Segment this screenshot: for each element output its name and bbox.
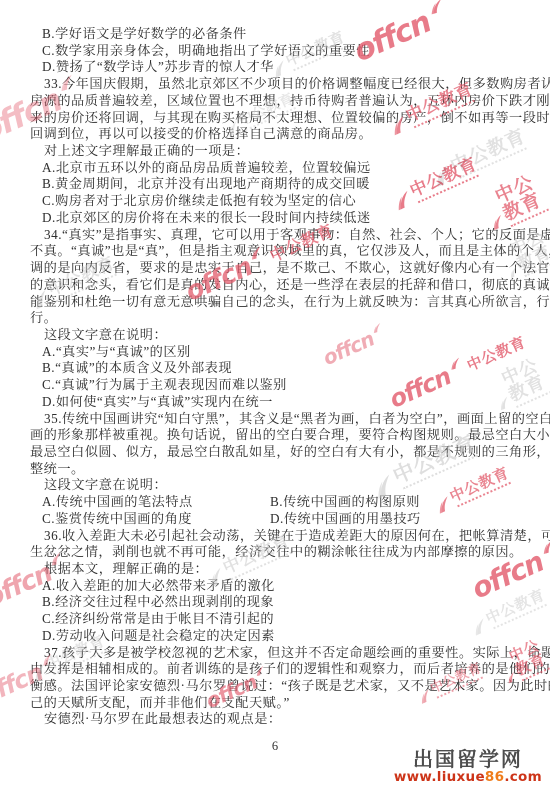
text-line: C.经济纠纷常常是由于帐目不清引起的 — [30, 611, 519, 628]
text-line: 能鉴别和杜绝一切有意无意哄骗自己的念头，在行为上就反映为：言其真心所欲言，行其真… — [30, 294, 519, 311]
liuxue86-site-url: www.liuxue86.com — [394, 770, 542, 785]
text-line: B.“真诚”的本质含义及外部表现 — [30, 360, 519, 377]
text-line: 由发挥是相辅相成的。前者训练的是孩子们的逻辑性和观察力，而后者培养的是他们的敏感… — [30, 661, 519, 678]
text-line: 37.孩子大多是被学校忽视的艺术家，但这并不否定命题绘画的重要性。实际上，命题绘… — [30, 645, 519, 662]
text-line: C.鉴赏传统中国画的角度D.传统中国画的用墨技巧 — [30, 511, 519, 528]
text-line: C.“真诚”行为属于主观表现因而难以鉴别 — [30, 377, 519, 394]
offcn-swoosh-icon — [426, 0, 445, 17]
text-line: D.如何使“真实”与“真诚”实现内在统一 — [30, 394, 519, 411]
text-line: A.收入差距的加大必然带来矛盾的激化 — [30, 578, 519, 595]
text-line: C.购房者对于北京房价继续走低抱有较为坚定的信心 — [30, 193, 519, 210]
text-line: D.赞扬了“数学诗人”苏步青的惊人才华 — [30, 59, 519, 76]
option-right: D.传统中国画的用墨技巧 — [270, 511, 421, 526]
zhonggong-slogan-line — [516, 387, 550, 407]
text-line: C.数学家用亲身体会，明确地指出了学好语文的重要性 — [30, 43, 519, 60]
text-line: A.“真实”与“真诚”的区别 — [30, 344, 519, 361]
text-line: A.北京市五环以外的商品房品质普遍较差，位置较偏远 — [30, 160, 519, 177]
text-line: A.传统中国画的笔法特点B.传统中国画的构图原则 — [30, 494, 519, 511]
text-line: 对上述文字理解最正确的一项是： — [30, 143, 519, 160]
text-line: 房源的品质普遍较差，区域位置也不理想，持币待购者普遍认为，五环内房价下跌才刚刚开… — [30, 93, 519, 110]
text-line: 画的形象那样被重视。换句话说，留出的空白要合理，要符合构图规则。最忌空白大小形状… — [30, 427, 519, 444]
text-line: 33.今年国庆假期，虽然北京郊区不少项目的价格调整幅度已经很大，但多数购房者认为… — [30, 76, 519, 93]
text-line: 调的是向内反省，要求的是忠实于自己，是不欺己、不欺心，这就好像内心有一个法官在检… — [30, 260, 519, 277]
text-line: D.劳动收入问题是社会稳定的决定因素 — [30, 628, 519, 645]
text-line: 35.传统中国画讲究“知白守黑”，其含义是“黑者为画，白者为空白”，画面上留的空… — [30, 411, 519, 428]
text-line: 不真。“真诚”也是“真”，但是指主观意识领域里的真，它仅涉及人，而且是主体的个人… — [30, 243, 519, 260]
text-line: 安德烈·马尔罗在此最想表达的观点是： — [30, 711, 519, 728]
text-line: 的意识和念头，看它们是真的发自内心，还是一些浮在表层的托辞和借口，彻底的真诚要求… — [30, 277, 519, 294]
text-line: 这段文字意在说明： — [30, 477, 519, 494]
text-line: D.北京郊区的房价将在未来的很长一段时间内持续低迷 — [30, 210, 519, 227]
document-text: B.学好语文是学好数学的必备条件C.数学家用亲身体会，明确地指出了学好语文的重要… — [30, 26, 519, 728]
liuxue86-logo: 出国留学网 www.liuxue86.com — [394, 749, 542, 785]
text-line: 行。 — [30, 310, 519, 327]
url-suffix: .com — [504, 769, 542, 785]
text-line: 生忿忿之情，剥削也就不再可能，经济交往中的糊涂帐往往成为内部摩擦的原因。 — [30, 544, 519, 561]
text-line: 回调到位，再以可以接受的价格选择自己满意的商品房。 — [30, 126, 519, 143]
option-left: C.鉴赏传统中国画的角度 — [42, 511, 270, 528]
document-page: offcn中公教育offcn中公教育中公教育中公教育中公教育中公教育中公教育of… — [0, 0, 550, 788]
url-prefix: www.liuxue — [394, 769, 485, 785]
text-line: 这段文字意在说明： — [30, 327, 519, 344]
option-right: B.传统中国画的构图原则 — [270, 494, 420, 509]
liuxue86-site-name: 出国留学网 — [394, 749, 542, 770]
url-number: 86 — [485, 769, 504, 785]
text-line: 整统一。 — [30, 461, 519, 478]
text-line: B.经济交往过程中必然出现剥削的现象 — [30, 594, 519, 611]
text-line: 衡感。法国评论家安德烈·马尔罗曾说过：“孩子既是艺术家，又不是艺术家。因为此时的… — [30, 678, 519, 695]
text-line: 34.“真实”是指事实、真理，它可以用于客观事物：自然、社会、个人；它的反面是虚… — [30, 227, 519, 244]
text-line: 根据本文，理解正确的是： — [30, 561, 519, 578]
text-line: 来的房价还将回调，与其现在购买格局不太理想、位置较偏的房产，倒不如再等一段时间，… — [30, 110, 519, 127]
text-line: B.学好语文是学好数学的必备条件 — [30, 26, 519, 43]
text-line: 36.收入差距大未必引起社会动荡，关键在于造成差距大的原因何在，把帐算清楚，可以… — [30, 528, 519, 545]
text-line: B.黄金周期间，北京并没有出现地产商期待的成交回暖 — [30, 176, 519, 193]
option-left: A.传统中国画的笔法特点 — [42, 494, 270, 511]
text-line: 己的天赋所支配，而并非他们在支配天赋。” — [30, 695, 519, 712]
text-line: 最忌空白似圆、似方，最忌空白散乱如星，好的空白有大有小，都是不规则的三角形，所留… — [30, 444, 519, 461]
